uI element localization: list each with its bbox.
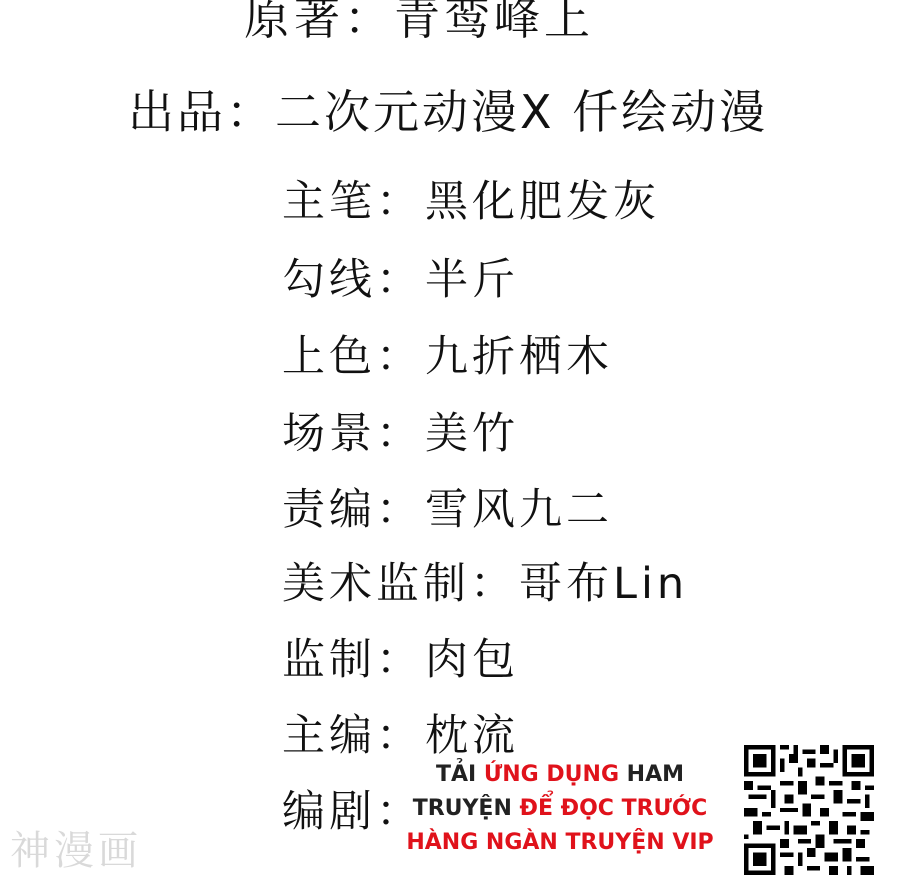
promo-line-2: TRUYỆN ĐỂ ĐỌC TRƯỚC bbox=[400, 792, 720, 826]
credit-label: 勾线： bbox=[282, 255, 423, 305]
credit-value: 枕流 bbox=[425, 711, 519, 761]
credit-label: 主笔： bbox=[282, 177, 423, 227]
promo-text: HÀNG NGÀN TRUYỆN VIP bbox=[406, 830, 713, 855]
credit-label: 监制： bbox=[282, 635, 423, 685]
promo-text: ỨNG DỤNG bbox=[484, 762, 619, 787]
credit-row-chief-editor: 主编：枕流 bbox=[282, 710, 519, 762]
credit-value: 九折栖木 bbox=[425, 332, 613, 382]
promo-line-3: HÀNG NGÀN TRUYỆN VIP bbox=[400, 826, 720, 860]
credit-value: 黑化肥发灰 bbox=[425, 177, 660, 227]
producer-line: 出品：二次元动漫X 仟绘动漫 bbox=[128, 86, 768, 138]
watermark-text: 神漫画 bbox=[10, 826, 142, 876]
credit-row-lineart: 勾线：半斤 bbox=[282, 254, 519, 306]
promo-text: TẢI bbox=[436, 762, 484, 787]
credit-row-scenery: 场景：美竹 bbox=[282, 408, 519, 460]
promo-text: TRUYỆN bbox=[413, 796, 520, 821]
credit-value: 哥布Lin bbox=[519, 559, 688, 609]
credit-row-coloring: 上色：九折栖木 bbox=[282, 331, 613, 383]
credit-row-supervisor: 监制：肉包 bbox=[282, 634, 519, 686]
credit-value: 雪风九二 bbox=[425, 485, 613, 535]
credit-row-editor: 责编：雪风九二 bbox=[282, 484, 613, 536]
original-author-label: 原著： bbox=[244, 0, 394, 45]
credit-label: 美术监制： bbox=[282, 559, 517, 609]
promo-text: HAM bbox=[619, 762, 684, 787]
credit-value: 美竹 bbox=[425, 409, 519, 459]
promo-banner[interactable]: TẢI ỨNG DỤNG HAM TRUYỆN ĐỂ ĐỌC TRƯỚC HÀN… bbox=[400, 758, 720, 860]
producer-name: 二次元动漫X 仟绘动漫 bbox=[275, 85, 768, 139]
promo-text: ĐỂ ĐỌC TRƯỚC bbox=[520, 796, 708, 821]
credit-value: 半斤 bbox=[425, 255, 519, 305]
producer-label: 出品： bbox=[128, 85, 275, 139]
credit-row-lead-artist: 主笔：黑化肥发灰 bbox=[282, 176, 660, 228]
credit-row-art-supervisor: 美术监制：哥布Lin bbox=[282, 558, 688, 610]
credit-value: 肉包 bbox=[425, 635, 519, 685]
credit-label: 场景： bbox=[282, 409, 423, 459]
credit-label: 责编： bbox=[282, 485, 423, 535]
promo-line-1: TẢI ỨNG DỤNG HAM bbox=[400, 758, 720, 792]
original-author-line: 原著：青鸾峰上 bbox=[244, 0, 594, 44]
qr-code-icon[interactable] bbox=[742, 745, 876, 875]
credit-label: 上色： bbox=[282, 332, 423, 382]
original-author-name: 青鸾峰上 bbox=[394, 0, 594, 45]
credit-label: 主编： bbox=[282, 711, 423, 761]
